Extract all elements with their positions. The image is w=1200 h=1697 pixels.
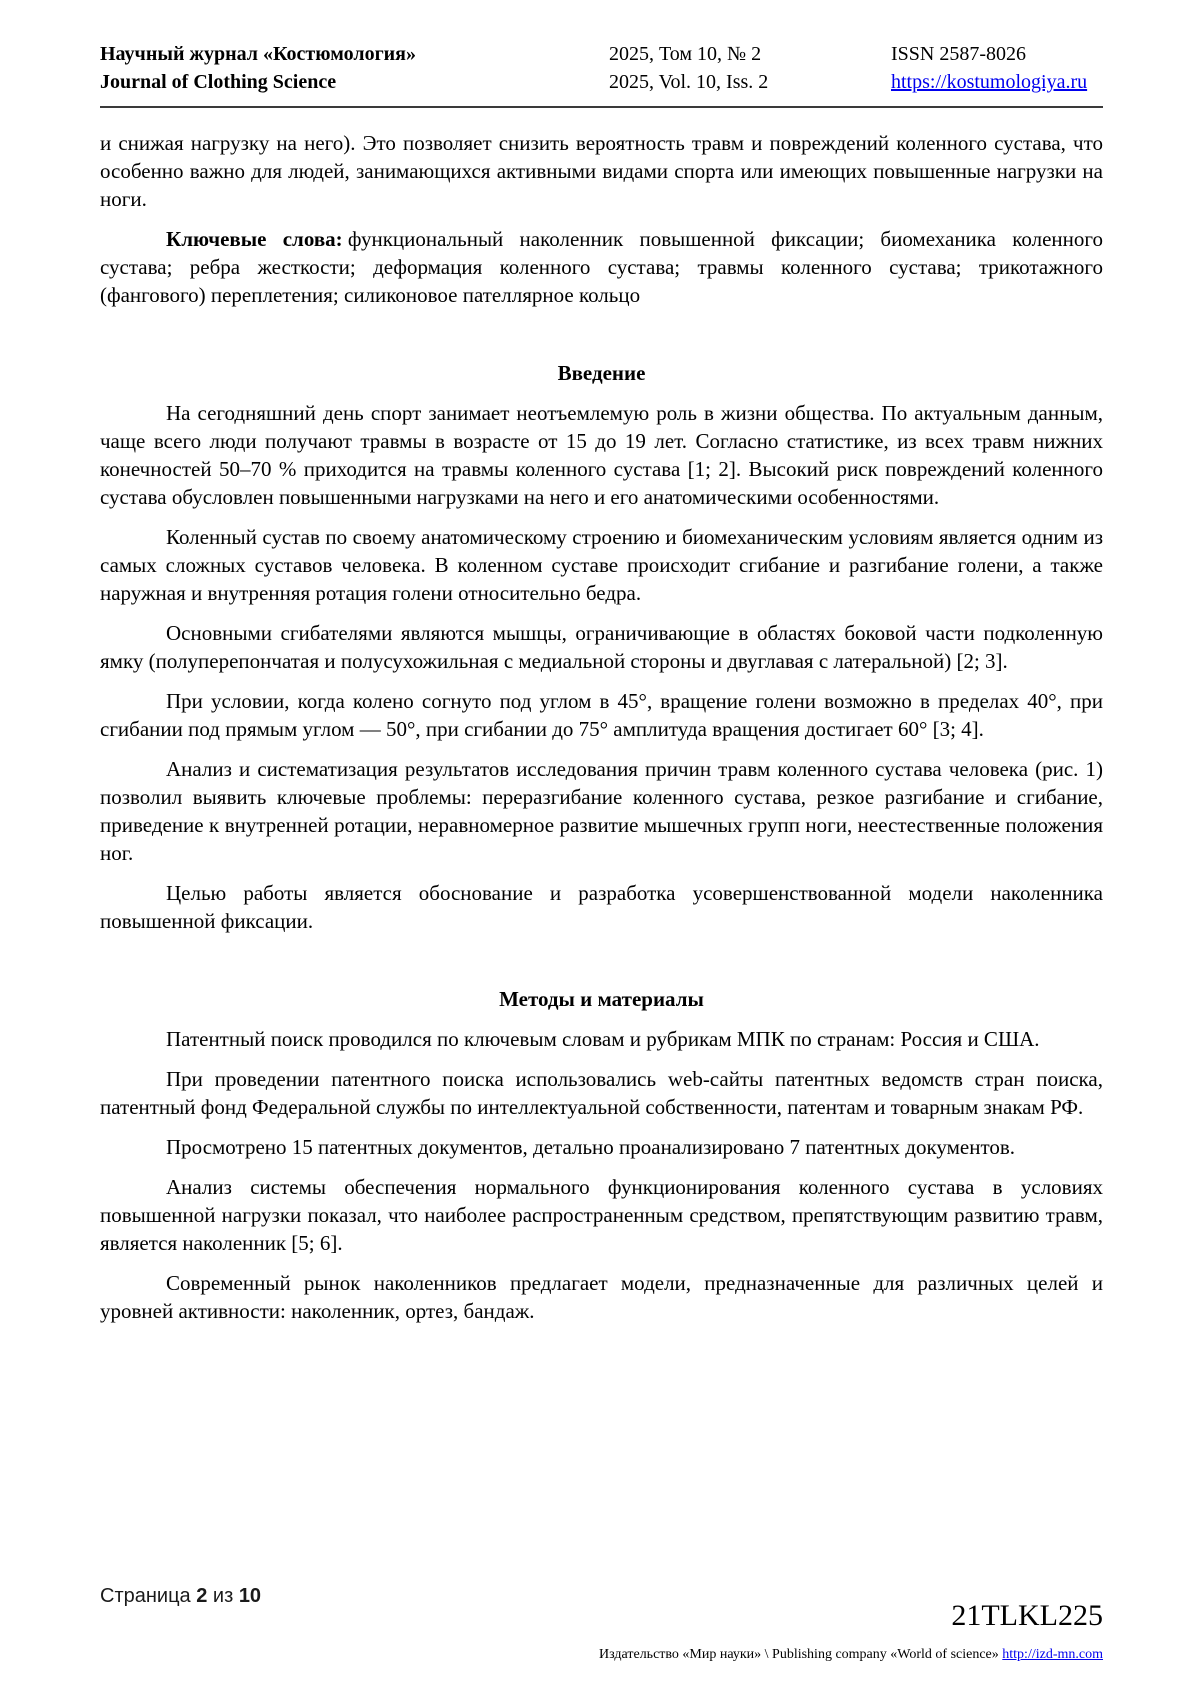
header-divider	[100, 106, 1103, 108]
journal-page: Научный журнал «Костюмология» Journal of…	[0, 0, 1200, 1697]
journal-header: Научный журнал «Костюмология» Journal of…	[100, 40, 1103, 96]
paragraph: Современный рынок наколенников предлагае…	[100, 1269, 1103, 1325]
section-heading-methods: Методы и материалы	[100, 985, 1103, 1013]
section-heading-introduction: Введение	[100, 359, 1103, 387]
keywords-label: Ключевые слова:	[166, 227, 343, 251]
keywords-paragraph: Ключевые слова:функциональный наколенник…	[100, 225, 1103, 309]
paragraph: При условии, когда колено согнуто под уг…	[100, 687, 1103, 743]
paragraph: Анализ системы обеспечения нормального ф…	[100, 1173, 1103, 1257]
journal-title-en: Journal of Clothing Science	[100, 68, 609, 96]
page-label: Страница	[100, 1585, 191, 1607]
issn-label: ISSN 2587-8026	[891, 40, 1103, 68]
paragraph: Основными сгибателями являются мышцы, ог…	[100, 619, 1103, 675]
page-of-label: из	[213, 1585, 233, 1607]
publisher-separator: \	[765, 1647, 769, 1662]
publisher-name-ru: Издательство «Мир науки»	[599, 1647, 761, 1662]
paragraph: Патентный поиск проводился по ключевым с…	[100, 1025, 1103, 1053]
journal-title-block: Научный журнал «Костюмология» Journal of…	[100, 40, 609, 96]
publisher-line: Издательство «Мир науки» \ Publishing co…	[599, 1646, 1103, 1664]
issue-info-block: 2025, Том 10, № 2 2025, Vol. 10, Iss. 2	[609, 40, 891, 96]
article-body: и снижая нагрузку на него). Это позволяе…	[100, 129, 1103, 1325]
issn-block: ISSN 2587-8026 https://kostumologiya.ru	[891, 40, 1103, 96]
journal-title-ru: Научный журнал «Костюмология»	[100, 40, 609, 68]
paragraph: Анализ и систематизация результатов иссл…	[100, 755, 1103, 867]
publisher-name-en: Publishing company «World of science»	[772, 1647, 999, 1662]
paragraph: Коленный сустав по своему анатомическому…	[100, 523, 1103, 607]
abstract-continuation-paragraph: и снижая нагрузку на него). Это позволяе…	[100, 129, 1103, 213]
page-current: 2	[196, 1585, 207, 1607]
paragraph: Просмотрено 15 патентных документов, дет…	[100, 1133, 1103, 1161]
page-indicator: Страница 2 из 10	[100, 1583, 261, 1609]
page-total: 10	[239, 1585, 261, 1607]
publisher-link[interactable]: http://izd-mn.com	[1002, 1647, 1103, 1662]
paragraph: На сегодняшний день спорт занимает неотъ…	[100, 399, 1103, 511]
paragraph: При проведении патентного поиска использ…	[100, 1065, 1103, 1121]
document-code: 21TLKL225	[951, 1597, 1103, 1635]
issue-info-ru: 2025, Том 10, № 2	[609, 40, 891, 68]
paragraph: Целью работы является обоснование и разр…	[100, 879, 1103, 935]
issue-info-en: 2025, Vol. 10, Iss. 2	[609, 68, 891, 96]
journal-site-link[interactable]: https://kostumologiya.ru	[891, 68, 1103, 96]
